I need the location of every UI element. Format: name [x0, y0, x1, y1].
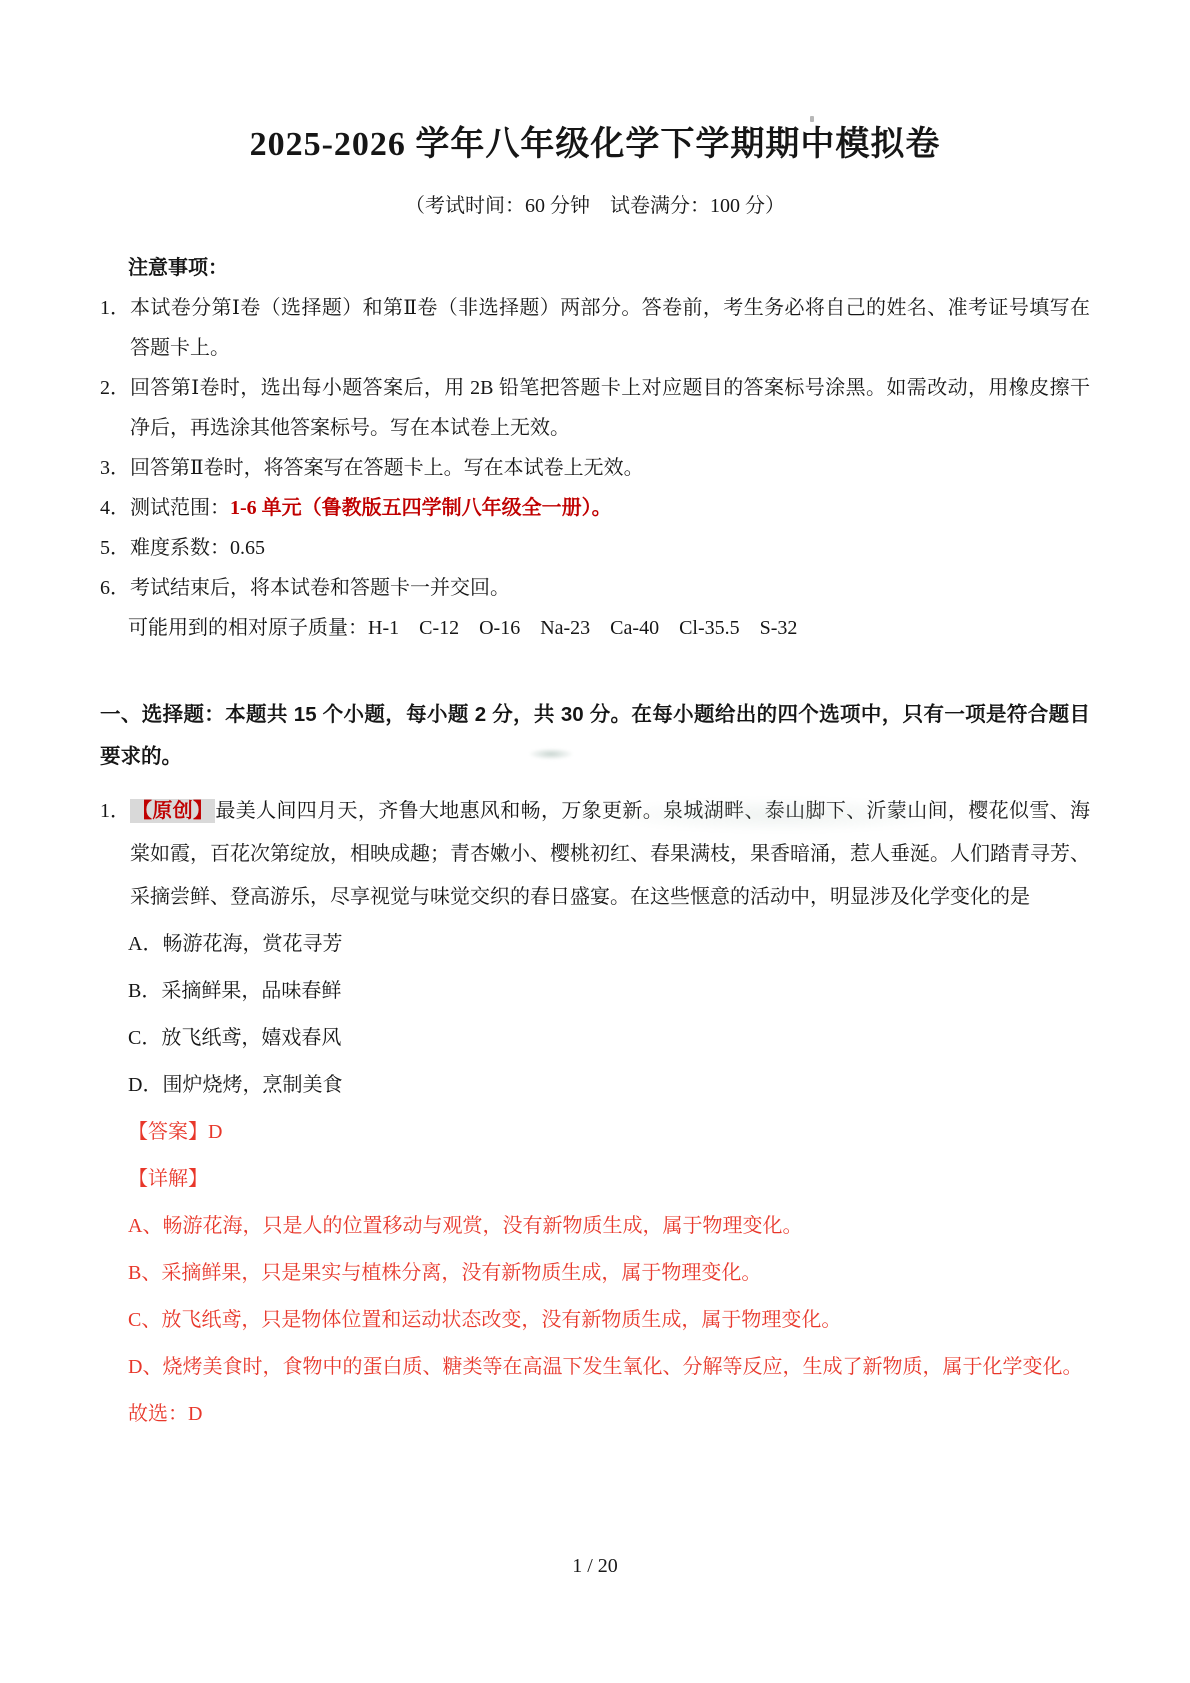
option-c: C．放飞纸鸢，嬉戏春风: [128, 1017, 1090, 1060]
analysis-line-c: C、放飞纸鸢，只是物体位置和运动状态改变，没有新物质生成，属于物理变化。: [128, 1299, 1090, 1342]
notice-heading: 注意事项：: [128, 248, 1090, 288]
original-tag: 【原创】: [130, 799, 215, 823]
option-d: D．围炉烧烤，烹制美食: [128, 1064, 1090, 1107]
analysis-line-b: B、采摘鲜果，只是果实与植株分离，没有新物质生成，属于物理变化。: [128, 1252, 1090, 1295]
exam-meta-line: （考试时间：60 分钟 试卷满分：100 分）: [100, 192, 1090, 220]
test-scope-highlight: 1-6 单元（鲁教版五四学制八年级全一册）。: [230, 497, 612, 519]
notice-item-number: 4．: [100, 488, 130, 528]
question-number: 1．: [100, 790, 130, 919]
watermark-smudge: [528, 748, 574, 760]
page-number: 1 / 20: [0, 1552, 1190, 1580]
atomic-mass-line: 可能用到的相对原子质量：H-1 C-12 O-16 Na-23 Ca-40 Cl…: [128, 608, 1090, 648]
answer-label: 【答案】: [128, 1121, 208, 1143]
option-b: B．采摘鲜果，品味春鲜: [128, 970, 1090, 1013]
question-stem: 【原创】最美人间四月天，齐鲁大地惠风和畅，万象更新。泉城湖畔、泰山脚下、沂蒙山间…: [130, 790, 1090, 919]
notice-item-1: 1． 本试卷分第Ⅰ卷（选择题）和第Ⅱ卷（非选择题）两部分。答卷前，考生务必将自己…: [100, 288, 1090, 368]
answer-line: 【答案】D: [128, 1111, 1090, 1154]
notice-item-number: 6．: [100, 568, 130, 608]
notice-item-text: 难度系数：0.65: [130, 528, 1090, 568]
option-a: A．畅游花海，赏花寻芳: [128, 923, 1090, 966]
watermark-smudge: [610, 798, 950, 832]
notice-item-text: 测试范围：1-6 单元（鲁教版五四学制八年级全一册）。: [130, 488, 1090, 528]
notice-item-2: 2． 回答第Ⅰ卷时，选出每小题答案后，用 2B 铅笔把答题卡上对应题目的答案标号…: [100, 368, 1090, 448]
notice-item-text: 回答第Ⅰ卷时，选出每小题答案后，用 2B 铅笔把答题卡上对应题目的答案标号涂黑。…: [130, 368, 1090, 448]
notice-item-number: 5．: [100, 528, 130, 568]
analysis-line-d: D、烧烤美食时，食物中的蛋白质、糖类等在高温下发生氧化、分解等反应，生成了新物质…: [128, 1346, 1090, 1389]
notice-item-4: 4． 测试范围：1-6 单元（鲁教版五四学制八年级全一册）。: [100, 488, 1090, 528]
notice-item-3: 3． 回答第Ⅱ卷时，将答案写在答题卡上。写在本试卷上无效。: [100, 448, 1090, 488]
notice-section: 注意事项： 1． 本试卷分第Ⅰ卷（选择题）和第Ⅱ卷（非选择题）两部分。答卷前，考…: [100, 248, 1090, 648]
scan-artifact-dot: [810, 116, 814, 122]
notice-item-text: 考试结束后，将本试卷和答题卡一并交回。: [130, 568, 1090, 608]
notice-item-text: 本试卷分第Ⅰ卷（选择题）和第Ⅱ卷（非选择题）两部分。答卷前，考生务必将自己的姓名…: [130, 288, 1090, 368]
test-scope-label: 测试范围：: [130, 497, 230, 519]
exam-paper-page: 2025-2026 学年八年级化学下学期期中模拟卷 （考试时间：60 分钟 试卷…: [0, 0, 1190, 1683]
analysis-line-a: A、畅游花海，只是人的位置移动与观赏，没有新物质生成，属于物理变化。: [128, 1205, 1090, 1248]
notice-item-text: 回答第Ⅱ卷时，将答案写在答题卡上。写在本试卷上无效。: [130, 448, 1090, 488]
notice-item-6: 6． 考试结束后，将本试卷和答题卡一并交回。: [100, 568, 1090, 608]
analysis-label: 【详解】: [128, 1158, 1090, 1201]
question-1: 1． 【原创】最美人间四月天，齐鲁大地惠风和畅，万象更新。泉城湖畔、泰山脚下、沂…: [100, 790, 1090, 1436]
notice-item-number: 1．: [100, 288, 130, 368]
section-heading-choice-questions: 一、选择题：本题共 15 个小题，每小题 2 分，共 30 分。在每小题给出的四…: [100, 694, 1090, 778]
answer-value: D: [208, 1121, 222, 1143]
page-title: 2025-2026 学年八年级化学下学期期中模拟卷: [100, 122, 1090, 168]
conclusion-line: 故选：D: [128, 1393, 1090, 1436]
notice-item-number: 2．: [100, 368, 130, 448]
notice-item-number: 3．: [100, 448, 130, 488]
notice-item-5: 5． 难度系数：0.65: [100, 528, 1090, 568]
